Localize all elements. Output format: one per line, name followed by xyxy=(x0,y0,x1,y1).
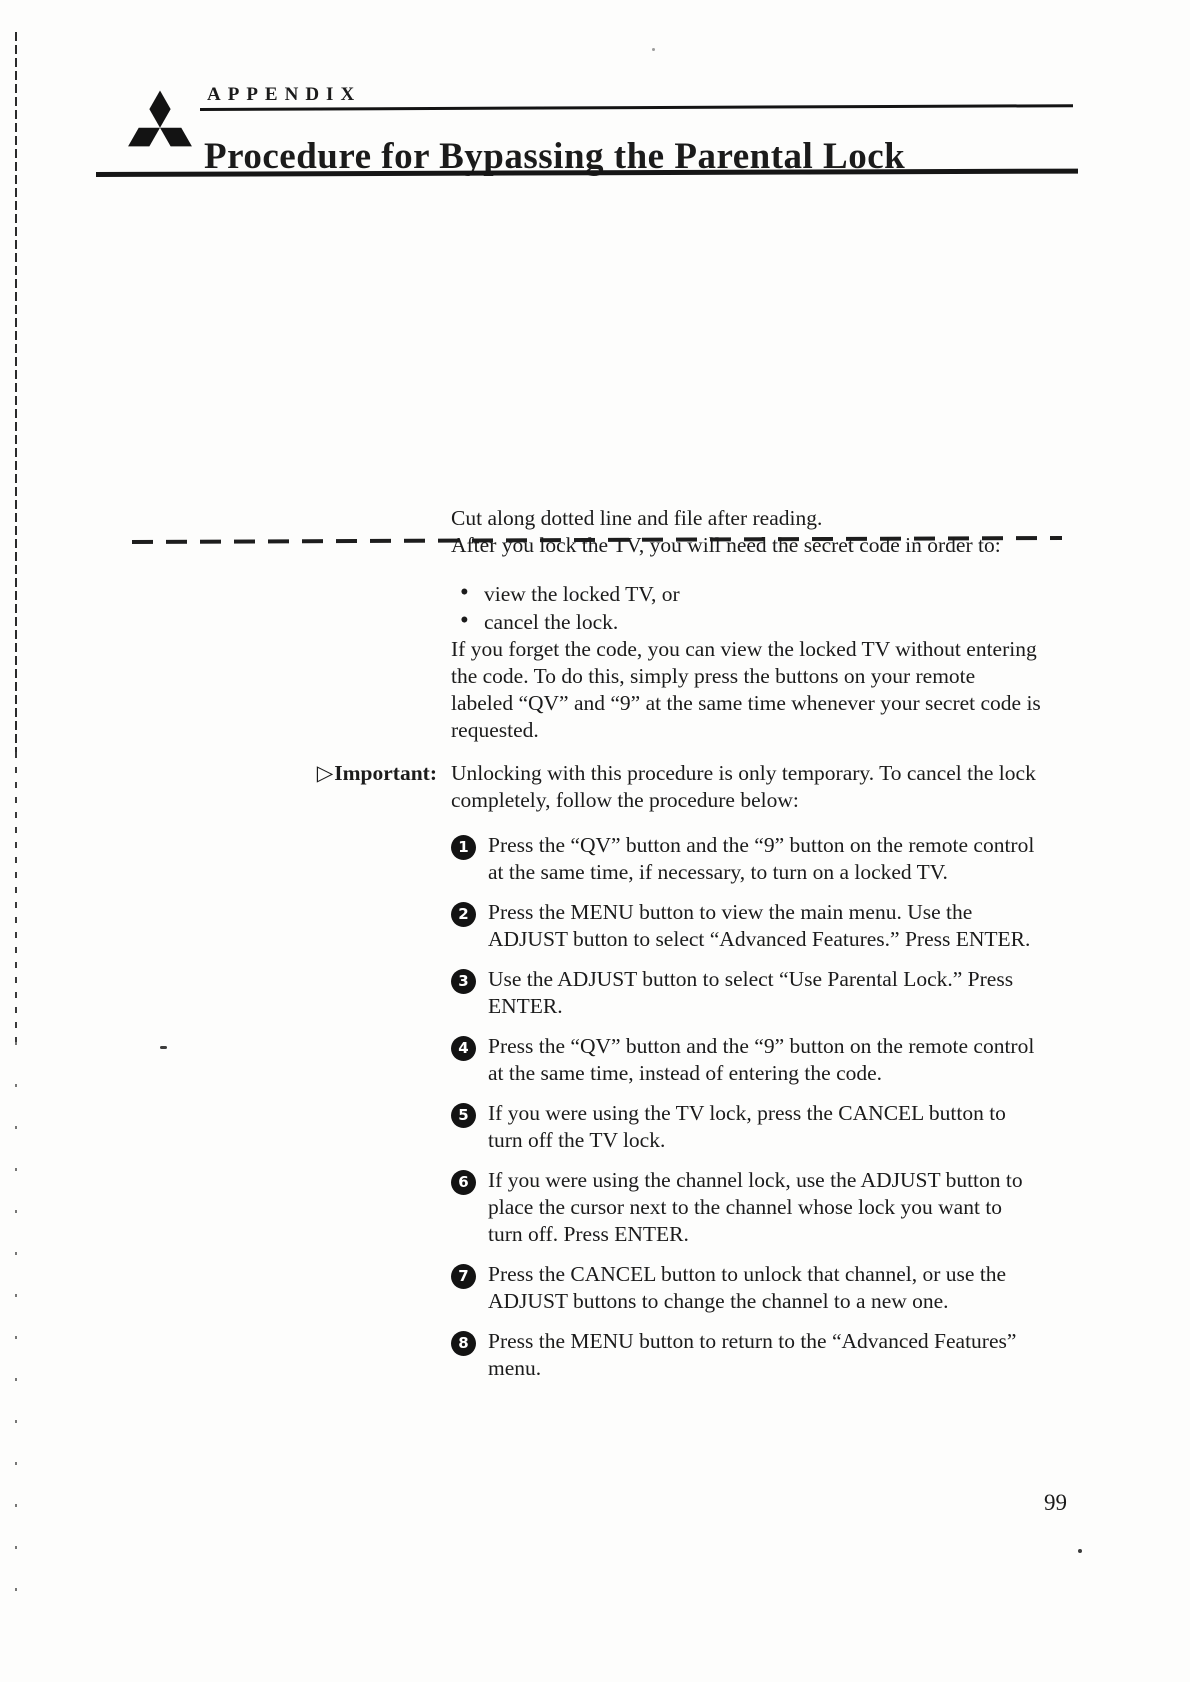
step-item: 8 Press the MENU button to return to the… xyxy=(451,1328,1071,1382)
body-column: Cut along dotted line and file after rea… xyxy=(451,505,1071,1395)
step-number-badge: 6 xyxy=(451,1170,476,1195)
step-number-badge: 3 xyxy=(451,969,476,994)
manual-page: APPENDIX Procedure for Bypassing the Par… xyxy=(0,0,1190,1682)
page-number: 99 xyxy=(1044,1490,1067,1516)
cut-instruction-note: Cut along dotted line and file after rea… xyxy=(451,505,1071,532)
step-item: 4 Press the “QV” button and the “9” butt… xyxy=(451,1033,1071,1087)
step-number-badge: 8 xyxy=(451,1331,476,1356)
left-scan-artifact xyxy=(15,1042,17,1602)
step-number-badge: 1 xyxy=(451,835,476,860)
bullet-item: view the locked TV, or xyxy=(451,580,1071,608)
step-item: 6 If you were using the channel lock, us… xyxy=(451,1167,1071,1248)
step-text: Press the CANCEL button to unlock that c… xyxy=(488,1261,1071,1315)
mitsubishi-logo-icon xyxy=(122,88,198,166)
scan-speck xyxy=(1078,1549,1082,1553)
important-label-text: Important: xyxy=(334,761,437,785)
options-bullet-list: view the locked TV, or cancel the lock. xyxy=(451,580,1071,636)
important-note: ▷Important: Unlocking with this procedur… xyxy=(451,760,1071,814)
step-text: If you were using the channel lock, use … xyxy=(488,1167,1071,1248)
step-item: 3 Use the ADJUST button to select “Use P… xyxy=(451,966,1071,1020)
bullet-item: cancel the lock. xyxy=(451,608,1071,636)
important-text: Unlocking with this procedure is only te… xyxy=(451,760,1071,814)
step-text: Press the MENU button to return to the “… xyxy=(488,1328,1071,1382)
step-text: Press the MENU button to view the main m… xyxy=(488,899,1071,953)
step-number-badge: 5 xyxy=(451,1103,476,1128)
step-text: If you were using the TV lock, press the… xyxy=(488,1100,1071,1154)
scan-speck xyxy=(652,48,655,51)
important-label: ▷Important: xyxy=(257,760,437,787)
step-number-badge: 2 xyxy=(451,902,476,927)
step-number-badge: 4 xyxy=(451,1036,476,1061)
appendix-kicker: APPENDIX xyxy=(207,84,361,106)
intro-paragraph: After you lock the TV, you will need the… xyxy=(451,532,1071,559)
triangle-marker-icon: ▷ xyxy=(317,761,334,785)
step-text: Press the “QV” button and the “9” button… xyxy=(488,1033,1071,1087)
step-text: Use the ADJUST button to select “Use Par… xyxy=(488,966,1071,1020)
forget-code-paragraph: If you forget the code, you can view the… xyxy=(451,636,1071,744)
step-text: Press the “QV” button and the “9” button… xyxy=(488,832,1071,886)
step-item: 5 If you were using the TV lock, press t… xyxy=(451,1100,1071,1154)
step-item: 2 Press the MENU button to view the main… xyxy=(451,899,1071,953)
step-item: 7 Press the CANCEL button to unlock that… xyxy=(451,1261,1071,1315)
step-item: 1 Press the “QV” button and the “9” butt… xyxy=(451,832,1071,886)
left-scan-artifact xyxy=(15,752,17,1042)
left-scan-artifact xyxy=(15,32,17,752)
procedure-steps: 1 Press the “QV” button and the “9” butt… xyxy=(451,832,1071,1382)
step-number-badge: 7 xyxy=(451,1264,476,1289)
scan-speck xyxy=(160,1046,167,1049)
